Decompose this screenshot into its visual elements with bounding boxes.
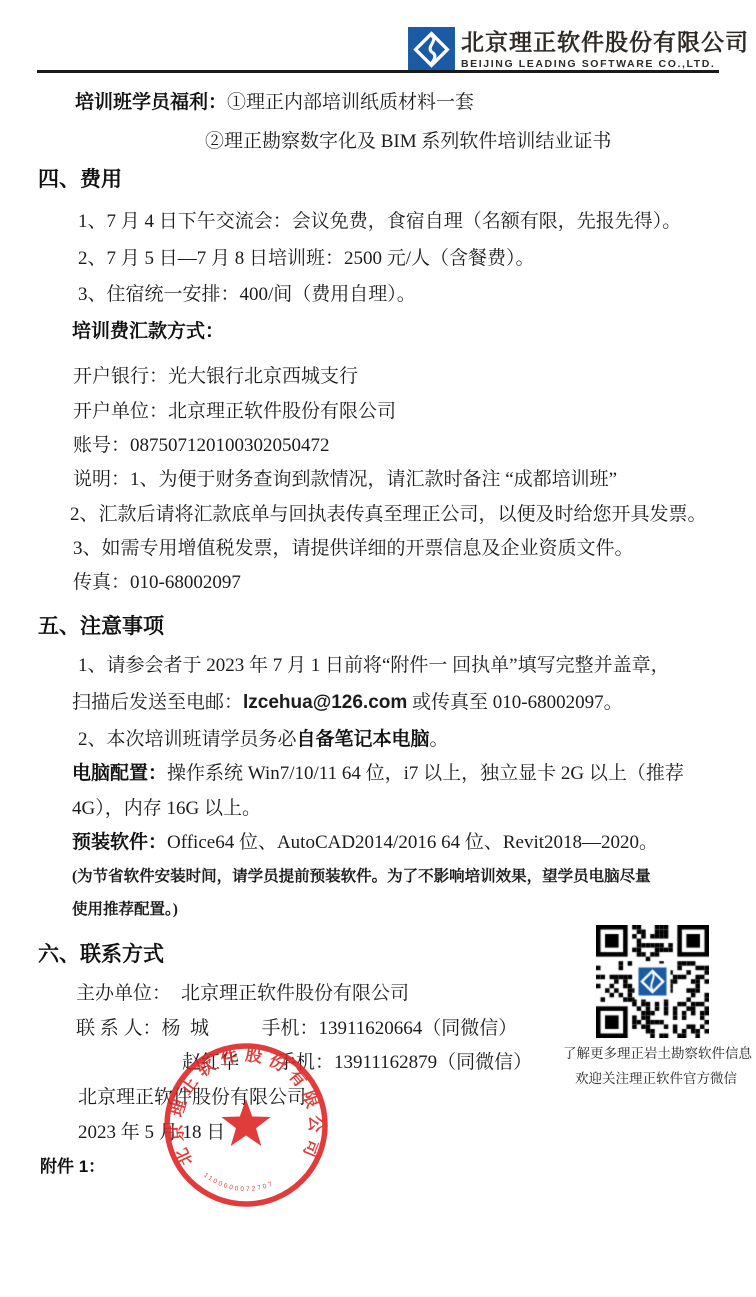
benefits-line-2: ②理正勘察数字化及 BIM 系列软件培训结业证书: [205, 130, 611, 154]
company-name-en: BEIJING LEADING SOFTWARE CO.,LTD.: [461, 58, 749, 70]
computer-config-line-2: 4G），内存 16G 以上。: [72, 797, 261, 821]
contact-1-name: 杨 城: [162, 1017, 262, 1041]
section-contact-title: 六、联系方式: [38, 938, 164, 968]
payment-method-title: 培训费汇款方式：: [72, 320, 224, 344]
account-holder-line: 开户单位：北京理正软件股份有限公司: [73, 400, 396, 424]
contact-line-1: 联 系 人：杨 城手机：13911620664（同微信）: [76, 1017, 517, 1041]
email-suffix: 或传真至 010-68002097。: [407, 692, 622, 713]
header-divider: [37, 70, 719, 73]
computer-config-text-1: 操作系统 Win7/10/11 64 位，i7 以上，独立显卡 2G 以上（推荐: [167, 763, 684, 784]
notes-item-1-line-1: 1、请参会者于 2023 年 7 月 1 日前将“附件一 回执单”填写完整并盖章…: [78, 654, 670, 678]
contact-2-name: 赵红华: [182, 1051, 277, 1075]
contact-2-phone: 手机：13911162879（同微信）: [277, 1052, 532, 1073]
svg-text:1100000072707: 1100000072707: [202, 1172, 275, 1193]
computer-config-line-1: 电脑配置：操作系统 Win7/10/11 64 位，i7 以上，独立显卡 2G …: [72, 762, 684, 786]
remark-line-2: 2、汇款后请将汇款底单与回执表传真至理正公司，以便及时给您开具发票。: [70, 503, 707, 527]
fee-item-1: 1、7 月 4 日下午交流会：会议免费，食宿自理（名额有限，先报先得）。: [78, 210, 681, 234]
benefits-label: 培训班学员福利：: [75, 92, 227, 113]
section-notes-title: 五、注意事项: [38, 610, 164, 640]
remark-line-3: 3、如需专用增值税发票，请提供详细的开票信息及企业资质文件。: [73, 537, 634, 561]
notes-item-1-line-2: 扫描后发送至电邮：lzcehua@126.com 或传真至 010-680020…: [72, 691, 623, 715]
account-number-line: 账号：087507120100302050472: [73, 434, 330, 458]
preinstalled-software-line: 预装软件：Office64 位、AutoCAD2014/2016 64 位、Re…: [72, 831, 658, 855]
email-prefix: 扫描后发送至电邮：: [72, 692, 243, 713]
header-brand: 北京理正软件股份有限公司 BEIJING LEADING SOFTWARE CO…: [408, 27, 749, 72]
email-address: lzcehua@126.com: [243, 692, 407, 713]
benefits-item-1: ①理正内部培训纸质材料一套: [227, 92, 474, 113]
company-name-cn: 北京理正软件股份有限公司: [461, 30, 749, 55]
qr-caption-1: 了解更多理正岩土勘察软件信息: [563, 1042, 749, 1062]
contact-label: 联 系 人：: [76, 1018, 162, 1039]
preinstalled-software-label: 预装软件：: [72, 832, 167, 853]
software-note-line-2: 使用推荐配置。): [72, 900, 178, 919]
attachment-label: 附件 1：: [40, 1156, 105, 1177]
company-logo-icon: [408, 27, 455, 72]
fee-item-2: 2、7 月 5 日—7 月 8 日培训班：2500 元/人（含餐费）。: [78, 247, 535, 271]
host-line: 主办单位：北京理正软件股份有限公司: [76, 982, 409, 1006]
signature-date-line: 2023 年 5 月 18 日: [78, 1121, 225, 1145]
bank-name-line: 开户银行：光大银行北京西城支行: [73, 365, 358, 389]
signature-company-line: 北京理正软件股份有限公司: [78, 1086, 306, 1110]
fax-line: 传真：010-68002097: [73, 571, 241, 595]
contact-line-2: 赵红华手机：13911162879（同微信）: [182, 1051, 532, 1075]
section-fee-title: 四、费用: [38, 163, 122, 193]
notes-item-2: 2、本次培训班请学员务必自备笔记本电脑。: [78, 728, 449, 752]
notes-item-2-suffix: 。: [430, 729, 449, 750]
seal-serial-number: 1100000072707: [202, 1172, 275, 1193]
preinstalled-software-text: Office64 位、AutoCAD2014/2016 64 位、Revit20…: [167, 832, 658, 853]
host-value: 北京理正软件股份有限公司: [181, 983, 409, 1004]
host-label: 主办单位：: [76, 983, 171, 1004]
company-name-block: 北京理正软件股份有限公司 BEIJING LEADING SOFTWARE CO…: [461, 27, 749, 70]
benefits-line-1: 培训班学员福利：①理正内部培训纸质材料一套: [75, 91, 474, 115]
contact-1-phone: 手机：13911620664（同微信）: [262, 1018, 518, 1039]
notes-item-2-bold: 自备笔记本电脑: [297, 729, 430, 750]
remark-line-1: 说明：1、为便于财务查询到款情况，请汇款时备注 “成都培训班”: [73, 468, 617, 492]
computer-config-label: 电脑配置：: [72, 763, 167, 784]
software-note-line-1: (为节省软件安装时间，请学员提前预装软件。为了不影响培训效果，望学员电脑尽量: [72, 867, 651, 886]
training-notice-document: 北京理正软件股份有限公司 BEIJING LEADING SOFTWARE CO…: [0, 0, 756, 1297]
fee-item-3: 3、住宿统一安排：400/间（费用自理）。: [78, 283, 416, 307]
notes-item-2-prefix: 2、本次培训班请学员务必: [78, 729, 297, 750]
qr-code: [596, 925, 709, 1038]
qr-caption-2: 欢迎关注理正软件官方微信: [563, 1067, 749, 1087]
